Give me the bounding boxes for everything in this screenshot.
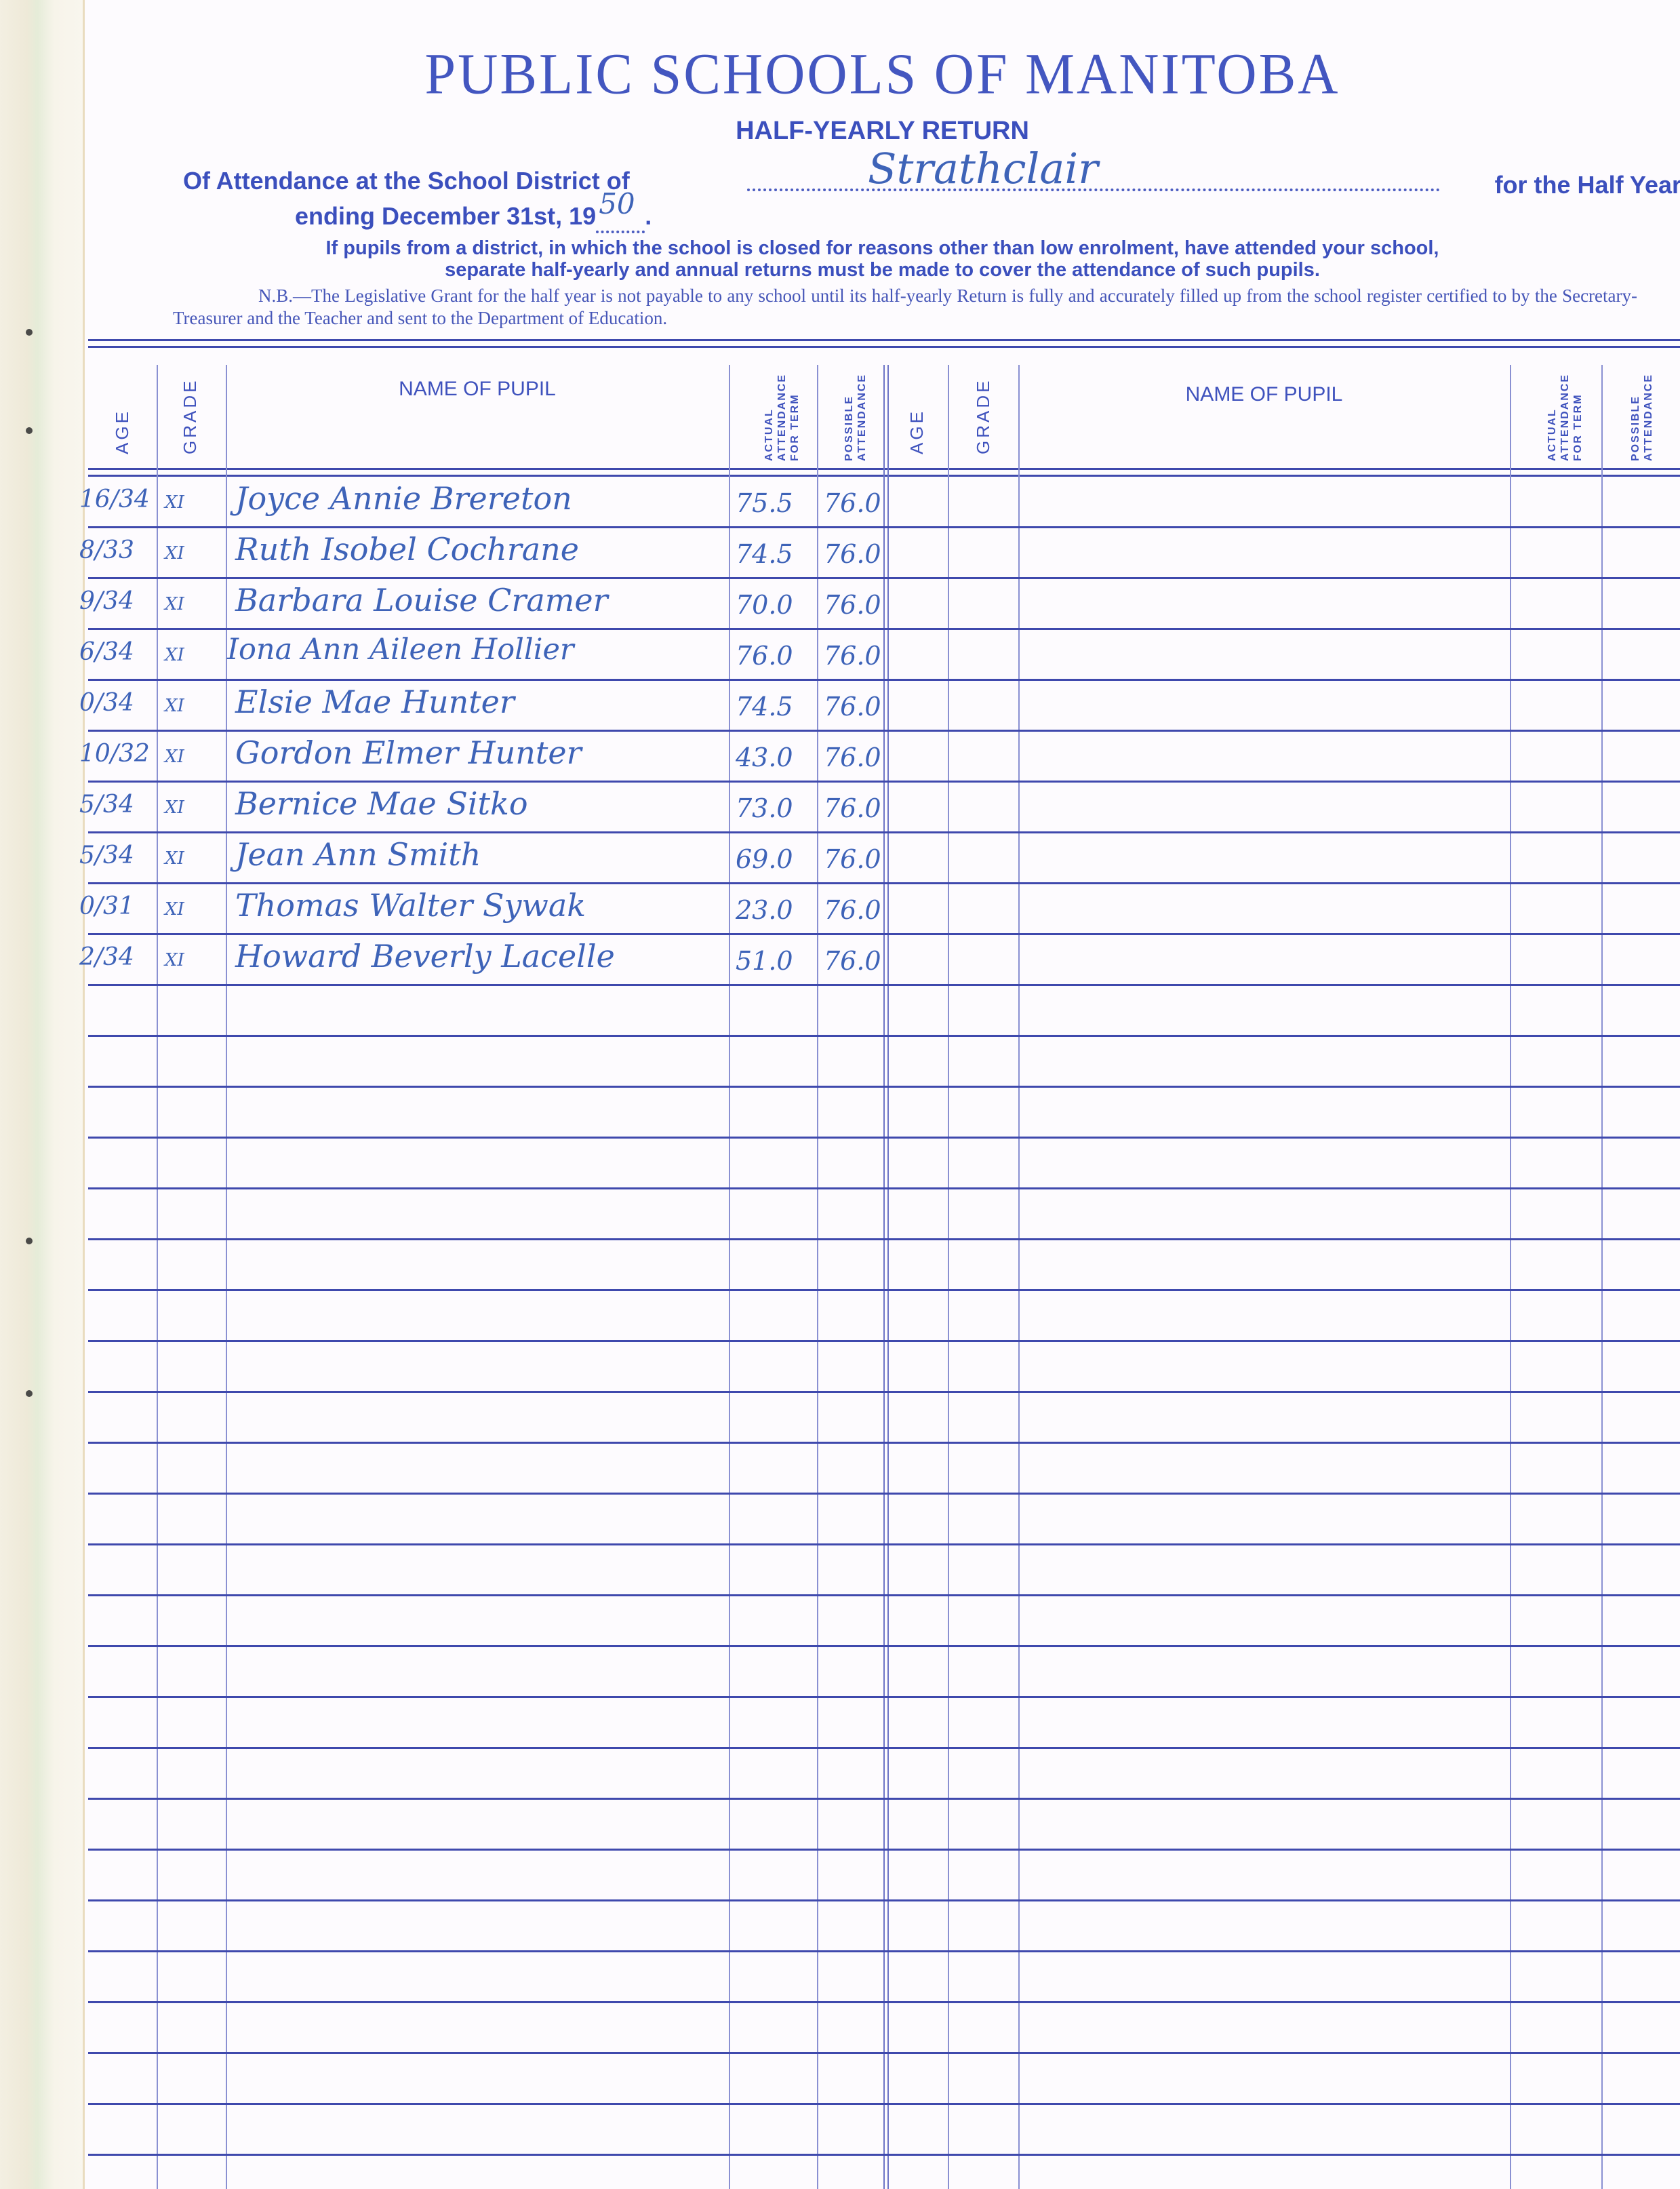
row-rule bbox=[88, 730, 1680, 732]
col-rule-double bbox=[883, 365, 885, 2189]
row-rule bbox=[88, 1340, 1680, 1342]
actual-attendance-cell[interactable]: 43.0 bbox=[736, 743, 793, 772]
row-rule bbox=[88, 526, 1680, 528]
district-suffix: for the Half Year bbox=[1495, 171, 1680, 199]
row-rule bbox=[88, 1747, 1680, 1749]
binding-stitch bbox=[26, 329, 33, 336]
actual-attendance-cell[interactable]: 70.0 bbox=[736, 590, 793, 620]
possible-attendance-cell[interactable]: 76.0 bbox=[824, 692, 881, 722]
notice-line-1: If pupils from a district, in which the … bbox=[85, 237, 1680, 259]
table-row: 5/34 XI Bernice Mae Sitko 73.0 76.0 bbox=[85, 784, 883, 831]
row-rule bbox=[88, 1442, 1680, 1444]
district-line: Of Attendance at the School District of … bbox=[183, 163, 1680, 201]
ending-suffix: . bbox=[645, 202, 652, 230]
header-possible-right: POSSIBLEATTENDANCE bbox=[1629, 359, 1655, 461]
row-rule bbox=[88, 2001, 1680, 2003]
table-row: 16/34 XI Joyce Annie Brereton 75.5 76.0 bbox=[85, 479, 883, 526]
col-rule bbox=[1510, 365, 1511, 2189]
row-rule bbox=[88, 2154, 1680, 2156]
table-row: 8/33 XI Ruth Isobel Cochrane 74.5 76.0 bbox=[85, 530, 883, 577]
actual-attendance-cell[interactable]: 69.0 bbox=[736, 844, 793, 874]
page-title: PUBLIC SCHOOLS OF MANITOBA bbox=[85, 41, 1680, 108]
age-cell[interactable]: 0/31 bbox=[79, 892, 134, 920]
actual-attendance-cell[interactable]: 51.0 bbox=[736, 946, 793, 976]
grade-cell[interactable]: XI bbox=[165, 594, 184, 614]
age-cell[interactable]: 5/34 bbox=[79, 842, 134, 869]
header-actual-left: ACTUALATTENDANCEFOR TERM bbox=[763, 353, 801, 461]
actual-attendance-cell[interactable]: 76.0 bbox=[736, 641, 793, 671]
age-cell[interactable]: 16/34 bbox=[79, 486, 150, 513]
row-rule bbox=[88, 1645, 1680, 1647]
row-rule bbox=[88, 1493, 1680, 1495]
age-cell[interactable]: 8/33 bbox=[79, 536, 134, 564]
row-rule bbox=[88, 1391, 1680, 1393]
notice-text: If pupils from a district, in which the … bbox=[85, 237, 1680, 281]
row-rule bbox=[88, 1899, 1680, 1901]
col-rule bbox=[948, 365, 949, 2189]
pupil-name-cell[interactable]: Elsie Mae Hunter bbox=[235, 684, 515, 720]
header-actual-line3: FOR TERM bbox=[789, 393, 801, 461]
pupil-name-cell[interactable]: Iona Ann Aileen Hollier bbox=[227, 633, 574, 667]
grade-cell[interactable]: XI bbox=[165, 747, 184, 767]
row-rule bbox=[88, 2103, 1680, 2105]
table-row: 6/34 XI Iona Ann Aileen Hollier 76.0 76.… bbox=[85, 631, 883, 679]
age-cell[interactable]: 0/34 bbox=[79, 689, 134, 717]
binding-stitch bbox=[26, 427, 33, 434]
row-rule bbox=[88, 1849, 1680, 1851]
header-actual-line1: ACTUAL bbox=[1546, 408, 1558, 461]
row-rule bbox=[88, 1238, 1680, 1240]
pupil-name-cell[interactable]: Thomas Walter Sywak bbox=[235, 887, 586, 924]
year-field[interactable]: 50 bbox=[596, 202, 645, 233]
row-rule bbox=[88, 2052, 1680, 2054]
possible-attendance-cell[interactable]: 76.0 bbox=[824, 844, 881, 874]
row-rule bbox=[88, 628, 1680, 630]
page-subtitle: HALF-YEARLY RETURN bbox=[85, 117, 1680, 146]
pupil-name-cell[interactable]: Joyce Annie Brereton bbox=[235, 480, 572, 517]
header-age-right: AGE bbox=[906, 387, 927, 454]
possible-attendance-cell[interactable]: 76.0 bbox=[824, 539, 881, 569]
nb-paragraph: N.B.—The Legislative Grant for the half … bbox=[173, 285, 1637, 328]
ending-date-line: ending December 31st, 1950 . bbox=[295, 202, 652, 233]
binding-edge bbox=[0, 0, 85, 2189]
row-rule bbox=[88, 831, 1680, 833]
district-name-field[interactable]: Strathclair bbox=[868, 144, 1098, 193]
header-possible-line1: POSSIBLE bbox=[1630, 395, 1641, 461]
possible-attendance-cell[interactable]: 76.0 bbox=[824, 488, 881, 518]
grade-cell[interactable]: XI bbox=[165, 492, 184, 513]
row-rule bbox=[88, 1696, 1680, 1698]
row-rule bbox=[88, 1187, 1680, 1189]
row-rule bbox=[88, 1594, 1680, 1596]
table-top-rule bbox=[88, 346, 1680, 348]
header-grade-left: GRADE bbox=[180, 363, 201, 454]
age-cell[interactable]: 6/34 bbox=[79, 638, 134, 666]
col-rule-double bbox=[887, 365, 889, 2189]
grade-cell[interactable]: XI bbox=[165, 899, 184, 920]
pupil-name-cell[interactable]: Gordon Elmer Hunter bbox=[235, 734, 582, 771]
table-row: 9/34 XI Barbara Louise Cramer 70.0 76.0 bbox=[85, 580, 883, 628]
age-cell[interactable]: 10/32 bbox=[79, 740, 150, 768]
pupil-name-cell[interactable]: Jean Ann Smith bbox=[235, 836, 481, 873]
nb-text: N.B.—The Legislative Grant for the half … bbox=[173, 285, 1637, 330]
row-rule bbox=[88, 1086, 1680, 1088]
age-cell[interactable]: 2/34 bbox=[79, 943, 134, 971]
table-row: 0/34 XI Elsie Mae Hunter 74.5 76.0 bbox=[85, 682, 883, 730]
row-rule bbox=[88, 882, 1680, 884]
row-rule bbox=[88, 933, 1680, 935]
grade-cell[interactable]: XI bbox=[165, 696, 184, 716]
header-possible-line2: ATTENDANCE bbox=[1643, 374, 1654, 461]
row-rule bbox=[88, 1798, 1680, 1800]
grade-cell[interactable]: XI bbox=[165, 543, 184, 564]
grade-cell[interactable]: XI bbox=[165, 797, 184, 818]
district-prefix: Of Attendance at the School District of bbox=[183, 167, 630, 195]
binding-stitch bbox=[26, 1390, 33, 1397]
notice-line-2: separate half-yearly and annual returns … bbox=[85, 259, 1680, 281]
pupil-name-cell[interactable]: Howard Beverly Lacelle bbox=[235, 938, 615, 974]
table-top-rule bbox=[88, 339, 1680, 341]
header-actual-line2: ATTENDANCE bbox=[776, 374, 788, 461]
row-rule bbox=[88, 781, 1680, 783]
pupil-name-cell[interactable]: Barbara Louise Cramer bbox=[235, 582, 608, 618]
actual-attendance-cell[interactable]: 73.0 bbox=[736, 793, 793, 823]
possible-attendance-cell[interactable]: 76.0 bbox=[824, 743, 881, 772]
pupil-name-cell[interactable]: Ruth Isobel Cochrane bbox=[235, 531, 579, 568]
row-rule bbox=[88, 1950, 1680, 1952]
grade-cell[interactable]: XI bbox=[165, 848, 184, 869]
age-cell[interactable]: 9/34 bbox=[79, 587, 134, 615]
possible-attendance-cell[interactable]: 76.0 bbox=[824, 895, 881, 925]
register-page: PUBLIC SCHOOLS OF MANITOBA HALF-YEARLY R… bbox=[85, 0, 1680, 2189]
actual-attendance-cell[interactable]: 23.0 bbox=[736, 895, 793, 925]
row-rule bbox=[88, 984, 1680, 986]
actual-attendance-cell[interactable]: 74.5 bbox=[736, 539, 793, 569]
row-rule bbox=[88, 1289, 1680, 1291]
year-value: 50 bbox=[599, 187, 635, 220]
table-row: 10/32 XI Gordon Elmer Hunter 43.0 76.0 bbox=[85, 733, 883, 781]
table-row: 5/34 XI Jean Ann Smith 69.0 76.0 bbox=[85, 835, 883, 882]
header-possible-line2: ATTENDANCE bbox=[856, 374, 868, 461]
possible-attendance-cell[interactable]: 76.0 bbox=[824, 590, 881, 620]
col-rule bbox=[1601, 365, 1603, 2189]
header-actual-line1: ACTUAL bbox=[763, 408, 775, 461]
header-actual-right: ACTUALATTENDANCEFOR TERM bbox=[1546, 359, 1584, 461]
table-row: 2/34 XI Howard Beverly Lacelle 51.0 76.0 bbox=[85, 936, 883, 984]
pupil-name-cell[interactable]: Bernice Mae Sitko bbox=[235, 785, 528, 822]
ending-prefix: ending December 31st, 19 bbox=[295, 202, 596, 230]
binding-stitch bbox=[26, 1238, 33, 1244]
header-grade-right: GRADE bbox=[973, 370, 994, 454]
row-rule bbox=[88, 679, 1680, 681]
row-rule bbox=[88, 577, 1680, 579]
grade-cell[interactable]: XI bbox=[165, 645, 184, 665]
possible-attendance-cell[interactable]: 76.0 bbox=[824, 793, 881, 823]
table-row: 0/31 XI Thomas Walter Sywak 23.0 76.0 bbox=[85, 886, 883, 933]
header-actual-line3: FOR TERM bbox=[1572, 393, 1584, 461]
header-possible-left: POSSIBLEATTENDANCE bbox=[843, 353, 868, 461]
row-rule bbox=[88, 1137, 1680, 1139]
grade-cell[interactable]: XI bbox=[165, 950, 184, 970]
actual-attendance-cell[interactable]: 74.5 bbox=[736, 692, 793, 722]
row-rule bbox=[88, 1035, 1680, 1037]
header-name-left: NAME OF PUPIL bbox=[226, 378, 729, 401]
header-age-left: AGE bbox=[112, 380, 133, 454]
age-cell[interactable]: 5/34 bbox=[79, 791, 134, 819]
header-name-right: NAME OF PUPIL bbox=[1018, 383, 1510, 406]
col-rule bbox=[1018, 365, 1020, 2189]
possible-attendance-cell[interactable]: 76.0 bbox=[824, 641, 881, 671]
actual-attendance-cell[interactable]: 75.5 bbox=[736, 488, 793, 518]
header-actual-line2: ATTENDANCE bbox=[1559, 374, 1571, 461]
row-rule bbox=[88, 1543, 1680, 1545]
header-possible-line1: POSSIBLE bbox=[843, 395, 855, 461]
possible-attendance-cell[interactable]: 76.0 bbox=[824, 946, 881, 976]
